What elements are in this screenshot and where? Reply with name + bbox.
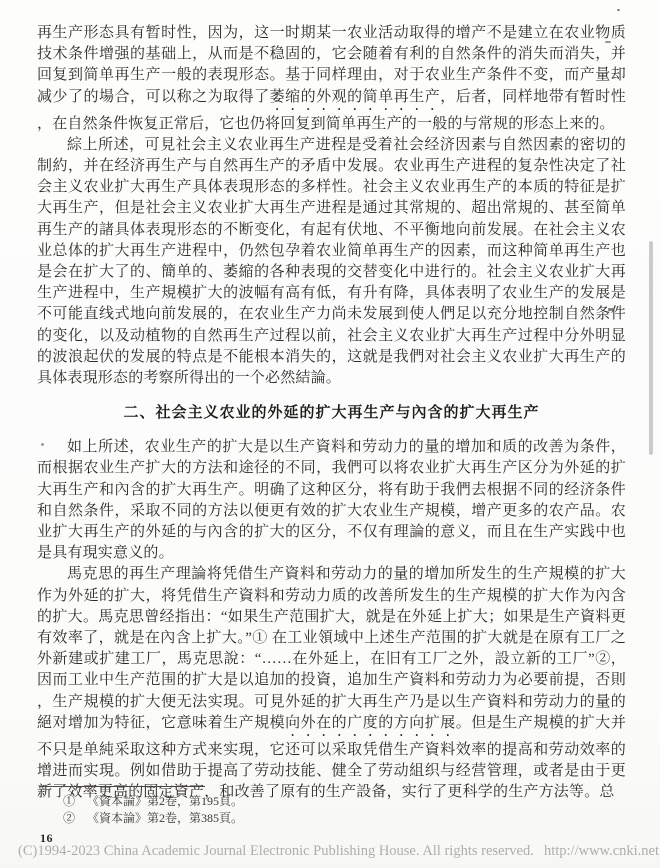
footnote-1: ① 《資本論》第2卷，第195頁。: [37, 793, 626, 810]
section-heading: 二、社会主义农业的外延的扩大再生产与內含的扩大再生产: [37, 403, 626, 424]
footnotes-block: ① 《資本論》第2卷，第195頁。 ② 《資本論》第2卷，第385頁。: [37, 786, 626, 827]
paragraph-4: 馬克思的再生产理論将凭借生产資料和劳动力的量的增加所发生的生产規模的扩大作为外延…: [37, 564, 626, 803]
footnote-2-text: 《資本論》第2卷，第385頁。: [87, 810, 626, 827]
copyright-text: (C)1994-2023 China Academic Journal Elec…: [18, 843, 534, 860]
paragraph-3: 如上所述，农业生产的扩大是以生产資料和劳动力的量的增加和质的改善为条件，而根据农…: [37, 437, 626, 564]
footnote-1-text: 《資本論》第2卷，第195頁。: [87, 793, 626, 810]
paragraph-1: 再生产形态具有暂时性，因为，这一时期某一农业活动取得的增产不是建立在农业物质技术…: [37, 23, 626, 135]
footnote-separator: [39, 786, 205, 787]
article-body: 再生产形态具有暂时性，因为，这一时期某一农业活动取得的增产不是建立在农业物质技术…: [37, 23, 626, 804]
scanned-journal-page: 再生产形态具有暂时性，因为，这一时期某一农业活动取得的增产不是建立在农业物质技术…: [0, 0, 660, 868]
paragraph-4-text: 馬克思的再生产理論将凭借生产資料和劳动力的量的增加所发生的生产規模的扩大作为外延…: [37, 566, 626, 730]
emphasized-phrase-1: 萎缩的外观的简单再生产: [270, 89, 441, 105]
paragraph-2: 綜上所述，可見社会主义农业再生产进程是受着社会经济因素与自然因素的密切的制約，并…: [37, 135, 626, 389]
scan-artifact-vertical-line: [649, 241, 653, 455]
footnote-2-marker: ②: [63, 810, 87, 827]
cnki-url: http://www.cnki.net: [544, 843, 659, 860]
footnote-2: ② 《資本論》第2卷，第385頁。: [37, 810, 626, 827]
footnote-1-marker: ①: [63, 793, 87, 810]
scan-artifact-speck: [617, 9, 620, 11]
emphasized-phrase-2: 向外在的广度的方向扩展: [285, 715, 456, 731]
copyright-line: (C)1994-2023 China Academic Journal Elec…: [18, 843, 659, 860]
